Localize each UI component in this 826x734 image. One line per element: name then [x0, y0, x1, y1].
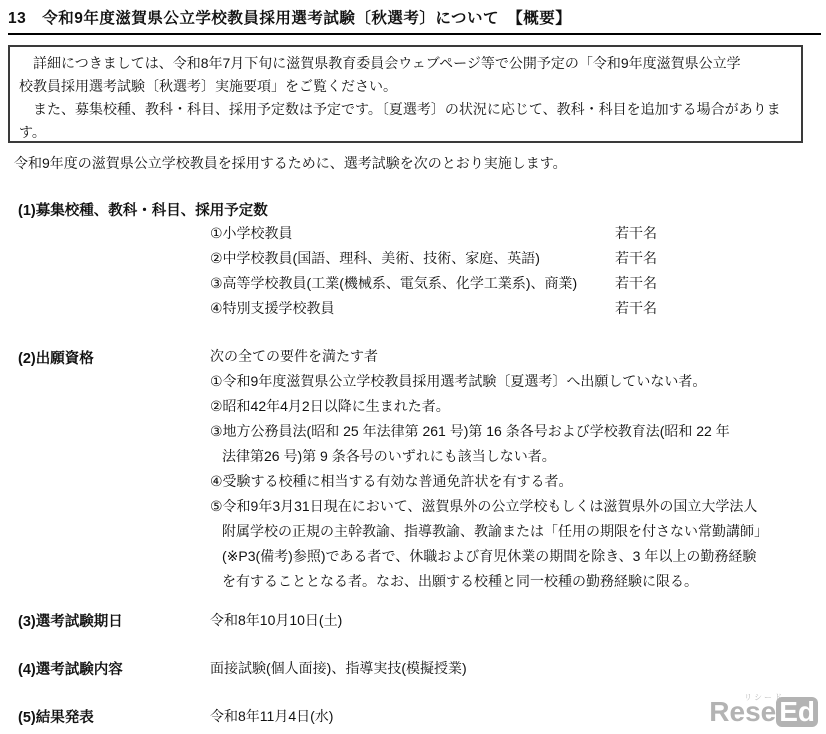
recruitment-row: ④特別支援学校教員 若干名: [210, 296, 810, 321]
quota-label: 若干名: [615, 221, 657, 246]
requirement-line: ②昭和42年4月2日以降に生まれた者。: [210, 397, 450, 415]
section-4-heading: (4)選考試験内容: [18, 658, 123, 679]
recruitment-list: ①小学校教員 若干名 ②中学校教員(国語、理科、美術、技術、家庭、英語) 若干名…: [210, 221, 810, 321]
watermark-ruby: リシード: [744, 692, 784, 703]
recruitment-row: ②中学校教員(国語、理科、美術、技術、家庭、英語) 若干名: [210, 246, 810, 271]
requirement-line: (※P3(備考)参照)である者で、休職および育児休業の期間を除き、3 年以上の勤…: [222, 547, 756, 565]
requirement-line: 附属学校の正規の主幹教諭、指導教諭、教諭または「任用の期限を付さない常勤講師」: [222, 522, 768, 540]
section-2-heading: (2)出願資格: [18, 347, 94, 368]
notice-line: 校教員採用選考試験〔秋選考〕実施要項」をご覧ください。: [19, 75, 792, 98]
school-type-label: ③高等学校教員(工業(機械系、電気系、化学工業系)、商業): [210, 275, 577, 291]
notice-line: 詳細につきましては、令和8年7月下旬に滋賀県教育委員会ウェブページ等で公開予定の…: [19, 52, 792, 75]
requirement-line: ④受験する校種に相当する有効な普通免許状を有する者。: [210, 472, 573, 490]
intro-text: 令和9年度の滋賀県公立学校教員を採用するために、選考試験を次のとおり実施します。: [14, 153, 567, 173]
exam-content-value: 面接試験(個人面接)、指導実技(模擬授業): [210, 658, 467, 678]
quota-label: 若干名: [615, 296, 657, 321]
recruitment-row: ③高等学校教員(工業(機械系、電気系、化学工業系)、商業) 若干名: [210, 271, 810, 296]
section-1-heading: (1)募集校種、教科・科目、採用予定数: [18, 199, 268, 220]
school-type-label: ②中学校教員(国語、理科、美術、技術、家庭、英語): [210, 250, 540, 266]
document-page: 13 令和9年度滋賀県公立学校教員採用選考試験〔秋選考〕について 【概要】 詳細…: [0, 0, 826, 734]
requirement-line: ③地方公務員法(昭和 25 年法律第 261 号)第 16 条各号および学校教育…: [210, 422, 730, 440]
requirement-line: ①令和9年度滋賀県公立学校教員採用選考試験〔夏選考〕へ出願していない者。: [210, 372, 706, 390]
section-5-heading: (5)結果発表: [18, 706, 94, 727]
requirement-line: 法律第26 号)第 9 条各号のいずれにも該当しない者。: [222, 447, 556, 465]
notice-box: 詳細につきましては、令和8年7月下旬に滋賀県教育委員会ウェブページ等で公開予定の…: [8, 45, 803, 143]
page-title: 13 令和9年度滋賀県公立学校教員採用選考試験〔秋選考〕について 【概要】: [8, 6, 821, 35]
recruitment-row: ①小学校教員 若干名: [210, 221, 810, 246]
notice-line: す。: [19, 121, 792, 144]
notice-line: また、募集校種、教科・科目、採用予定数は予定です。〔夏選考〕の状況に応じて、教科…: [19, 98, 792, 121]
section-3-heading: (3)選考試験期日: [18, 610, 123, 631]
exam-date-value: 令和8年10月10日(土): [210, 610, 342, 630]
quota-label: 若干名: [615, 246, 657, 271]
requirement-line: を有することとなる者。なお、出願する校種と同一校種の勤務経験に限る。: [222, 572, 698, 590]
reseed-watermark: リシード ReseEd: [709, 692, 818, 732]
requirement-line: ⑤令和9年3月31日現在において、滋賀県外の公立学校もしくは滋賀県外の国立大学法…: [210, 497, 757, 515]
school-type-label: ①小学校教員: [210, 225, 293, 241]
quota-label: 若干名: [615, 271, 657, 296]
result-date-value: 令和8年11月4日(水): [210, 706, 333, 726]
eligibility-intro: 次の全ての要件を満たす者: [210, 347, 378, 365]
school-type-label: ④特別支援学校教員: [210, 300, 335, 316]
